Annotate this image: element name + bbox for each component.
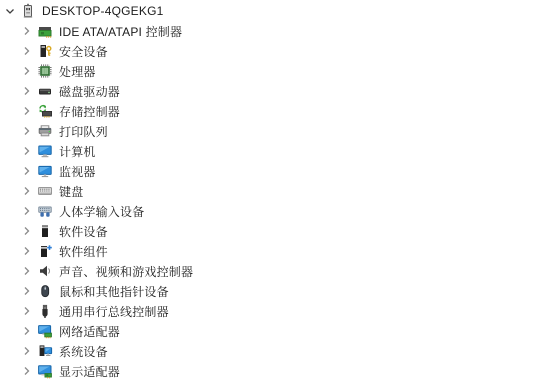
software-component-icon (37, 243, 53, 259)
tree-item-label: DESKTOP-4QGEKG1 (42, 4, 163, 18)
tree-item[interactable]: 声音、视频和游戏控制器 (0, 261, 535, 281)
system-device-icon (37, 343, 53, 359)
tree-item-label: 存储控制器 (59, 103, 120, 120)
mouse-icon (37, 283, 53, 299)
tree-item-label: 软件组件 (59, 243, 108, 260)
tree-item[interactable]: 存储控制器 (0, 101, 535, 121)
tree-item-label: 磁盘驱动器 (59, 83, 120, 100)
tree-item[interactable]: 打印队列 (0, 121, 535, 141)
tree-item-label: 监视器 (59, 163, 96, 180)
tree-item-label: 处理器 (59, 63, 96, 80)
print-queue-icon (37, 123, 53, 139)
tree-item[interactable]: 监视器 (0, 161, 535, 181)
chevron-right-icon[interactable] (19, 363, 35, 379)
tree-item-label: IDE ATA/ATAPI 控制器 (59, 23, 182, 40)
keyboard-icon (37, 183, 53, 199)
chevron-right-icon[interactable] (19, 223, 35, 239)
chevron-right-icon[interactable] (19, 303, 35, 319)
ide-controller-icon (37, 23, 53, 39)
tree-item-label: 键盘 (59, 183, 83, 200)
processor-icon (37, 63, 53, 79)
tree-item-label: 声音、视频和游戏控制器 (59, 263, 193, 280)
storage-controller-icon (37, 103, 53, 119)
chevron-right-icon[interactable] (19, 23, 35, 39)
computer-icon (20, 3, 36, 19)
disk-drive-icon (37, 83, 53, 99)
chevron-right-icon[interactable] (19, 143, 35, 159)
chevron-right-icon[interactable] (19, 183, 35, 199)
monitor-icon (37, 163, 53, 179)
tree-item[interactable]: 键盘 (0, 181, 535, 201)
tree-item[interactable]: 计算机 (0, 141, 535, 161)
chevron-right-icon[interactable] (19, 163, 35, 179)
chevron-right-icon[interactable] (19, 203, 35, 219)
security-device-icon (37, 43, 53, 59)
chevron-right-icon[interactable] (19, 43, 35, 59)
tree-item-label: 软件设备 (59, 223, 108, 240)
tree-item[interactable]: 软件设备 (0, 221, 535, 241)
tree-item-label: 鼠标和其他指针设备 (59, 283, 169, 300)
tree-item[interactable]: 鼠标和其他指针设备 (0, 281, 535, 301)
chevron-right-icon[interactable] (19, 343, 35, 359)
tree-item[interactable]: 软件组件 (0, 241, 535, 261)
tree-item[interactable]: 网络适配器 (0, 321, 535, 341)
software-device-icon (37, 223, 53, 239)
hid-icon (37, 203, 53, 219)
computer-monitor-icon (37, 143, 53, 159)
tree-item[interactable]: 显示适配器 (0, 361, 535, 381)
tree-item[interactable]: 人体学输入设备 (0, 201, 535, 221)
chevron-right-icon[interactable] (19, 83, 35, 99)
tree-item[interactable]: 磁盘驱动器 (0, 81, 535, 101)
tree-item-label: 通用串行总线控制器 (59, 303, 169, 320)
chevron-right-icon[interactable] (19, 323, 35, 339)
tree-item-root[interactable]: DESKTOP-4QGEKG1 (0, 1, 535, 21)
tree-item[interactable]: 通用串行总线控制器 (0, 301, 535, 321)
tree-item[interactable]: 系统设备 (0, 341, 535, 361)
tree-item-label: 显示适配器 (59, 363, 120, 380)
tree-item-label: 安全设备 (59, 43, 108, 60)
tree-item-label: 系统设备 (59, 343, 108, 360)
tree-item-label: 计算机 (59, 143, 96, 160)
chevron-right-icon[interactable] (19, 283, 35, 299)
chevron-right-icon[interactable] (19, 103, 35, 119)
usb-controller-icon (37, 303, 53, 319)
display-adapter-icon (37, 363, 53, 379)
device-tree: DESKTOP-4QGEKG1 IDE ATA/ATAPI 控制器 (0, 0, 535, 381)
chevron-right-icon[interactable] (19, 123, 35, 139)
tree-item-label: 人体学输入设备 (59, 203, 144, 220)
tree-item-label: 网络适配器 (59, 323, 120, 340)
audio-controller-icon (37, 263, 53, 279)
chevron-right-icon[interactable] (19, 63, 35, 79)
tree-item-label: 打印队列 (59, 123, 108, 140)
tree-item[interactable]: IDE ATA/ATAPI 控制器 (0, 21, 535, 41)
tree-item[interactable]: 安全设备 (0, 41, 535, 61)
chevron-down-icon[interactable] (2, 3, 18, 19)
chevron-right-icon[interactable] (19, 263, 35, 279)
chevron-right-icon[interactable] (19, 243, 35, 259)
tree-item[interactable]: 处理器 (0, 61, 535, 81)
network-adapter-icon (37, 323, 53, 339)
